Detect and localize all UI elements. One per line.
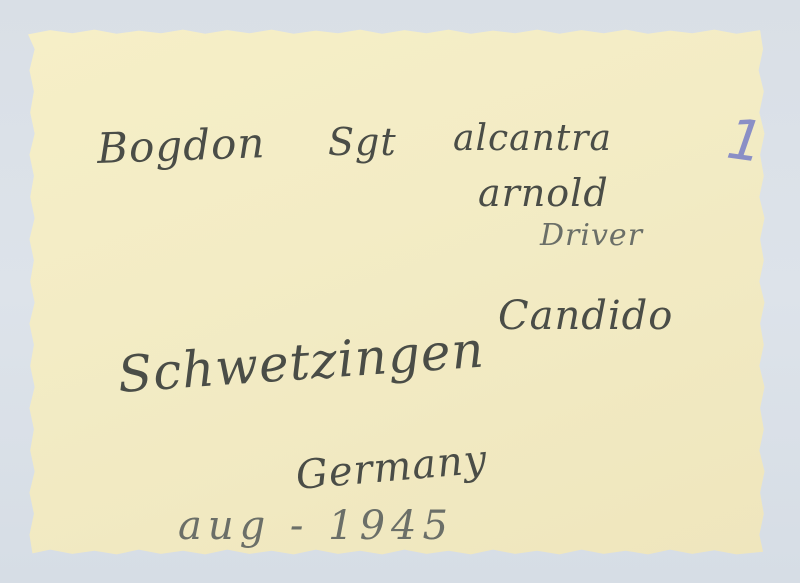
handwritten-name-alcantra: alcantra bbox=[453, 118, 612, 159]
handwritten-rank-sgt: Sgt bbox=[328, 120, 397, 164]
handwritten-name-bogdon: Bogdon bbox=[96, 118, 266, 173]
handwritten-card: Bogdon Sgt alcantra 10 arnold Driver Can… bbox=[28, 28, 766, 556]
handwritten-country-germany: Germany bbox=[294, 436, 489, 499]
corner-number: 10 bbox=[723, 107, 800, 182]
handwritten-date: aug - 1945 bbox=[178, 503, 454, 549]
handwritten-role-driver: Driver bbox=[540, 218, 643, 253]
handwritten-name-arnold: arnold bbox=[478, 171, 609, 215]
handwritten-place-schwetzingen: Schwetzingen bbox=[116, 321, 486, 404]
handwritten-name-candido: Candido bbox=[498, 293, 673, 339]
